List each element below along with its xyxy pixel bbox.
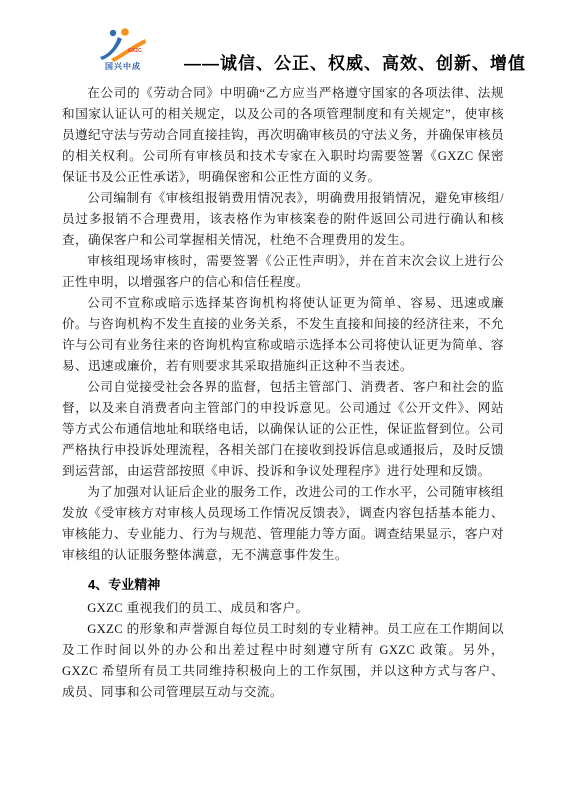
logo-company-name: 国兴中成	[95, 62, 151, 71]
paragraph-impartiality-statement: 审核组现场审核时，需要签署《公正性声明》，并在首末次会议上进行公正性申明，以增强…	[62, 251, 504, 293]
logo-abbr-text: GXZC	[128, 48, 142, 54]
paragraph-feedback-survey: 为了加强对认证后企业的服务工作，改进公司的工作水平，公司随审核组发放《受审核方对…	[62, 482, 504, 566]
header-slogan: ——诚信、公正、权威、高效、创新、增值	[184, 49, 526, 74]
document-body: 在公司的《劳动合同》中明确“乙方应当严格遵守国家的各项法律、法规和国家认证认可的…	[62, 83, 504, 703]
document-header: GXZC 国兴中成 ——诚信、公正、权威、高效、创新、增值	[62, 28, 504, 83]
paragraph-gxzc-values: GXZC 重视我们的员工、成员和客户。	[62, 598, 504, 619]
document-page: { "header": { "logo": { "abbr": "GXZC", …	[0, 0, 566, 800]
logo-figures-icon: GXZC	[97, 28, 149, 62]
paragraph-gxzc-reputation: GXZC 的形象和声誉源自每位员工时刻的专业精神。员工应在工作期间以及工作时间以…	[62, 619, 504, 703]
paragraph-public-supervision: 公司自觉接受社会各界的监督，包括主管部门、消费者、客户和社会的监督，以及来自消费…	[62, 377, 504, 482]
paragraph-expense-form: 公司编制有《审核组报销费用情况表》，明确费用报销情况，避免审核组/员过多报销不合…	[62, 188, 504, 251]
section-heading-professionalism: 4、专业精神	[62, 574, 504, 595]
company-logo: GXZC 国兴中成	[95, 28, 151, 71]
paragraph-labor-contract: 在公司的《劳动合同》中明确“乙方应当严格遵守国家的各项法律、法规和国家认证认可的…	[62, 83, 504, 188]
page-content: GXZC 国兴中成 ——诚信、公正、权威、高效、创新、增值 在公司的《劳动合同》…	[62, 28, 504, 703]
paragraph-consulting-bodies: 公司不宣称或暗示选择某咨询机构将使认证更为简单、容易、迅速或廉价。与咨询机构不发…	[62, 293, 504, 377]
